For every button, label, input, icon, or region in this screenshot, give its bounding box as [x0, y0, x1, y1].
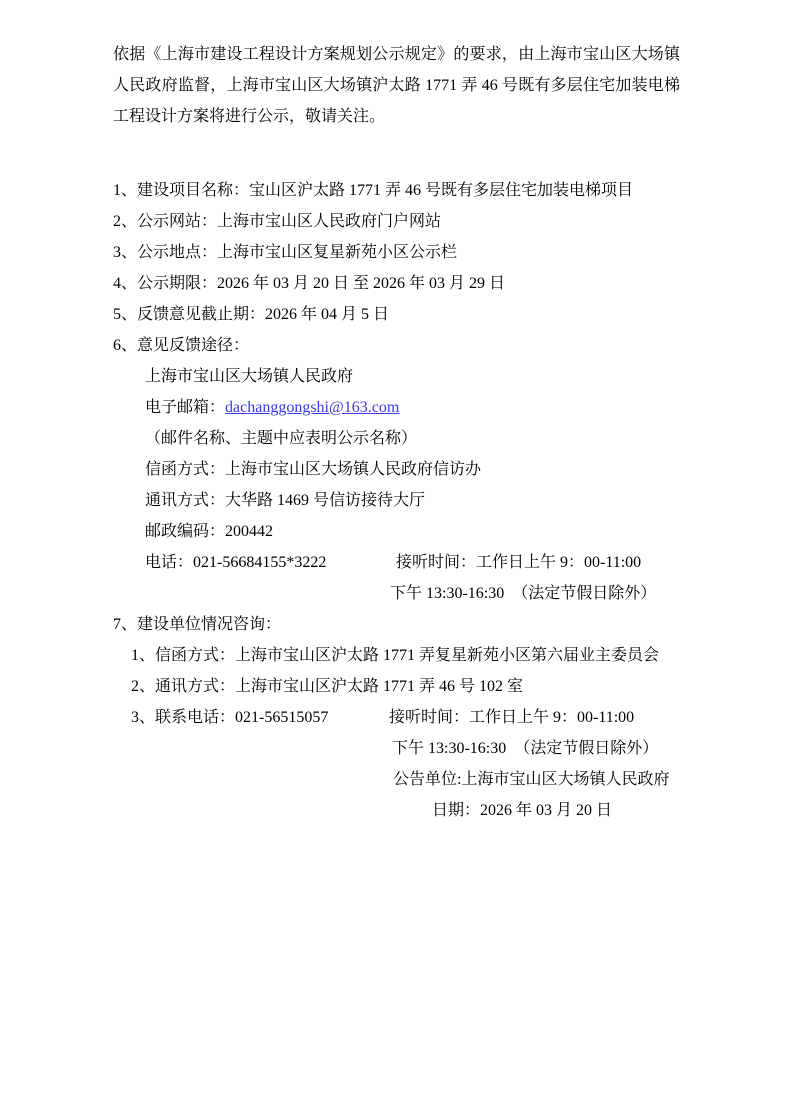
- feedback-email-link[interactable]: dachanggongshi@163.com: [225, 399, 399, 416]
- item-feedback-channels-heading: 6、意见反馈途径：: [113, 330, 680, 361]
- builder-phone-row: 3、联系电话：021-56515057 接听时间：工作日上午 9：00-11:0…: [113, 702, 680, 733]
- document-page: { "colors": { "page_background": "#fffff…: [0, 0, 794, 1093]
- feedback-hours-afternoon: 下午 13:30-16:30 （法定节假日除外）: [113, 578, 680, 609]
- feedback-phone-row: 电话：021-56684155*3222 接听时间：工作日上午 9：00-11:…: [113, 547, 680, 578]
- item-feedback-deadline: 5、反馈意见截止期：2026 年 04 月 5 日: [113, 299, 680, 330]
- feedback-email-label: 电子邮箱：: [145, 399, 225, 416]
- builder-hours-morning: 接听时间：工作日上午 9：00-11:00: [389, 702, 634, 733]
- feedback-letter-method: 信函方式：上海市宝山区大场镇人民政府信访办: [113, 454, 680, 485]
- footer-date: 日期：2026 年 03 月 20 日: [113, 795, 680, 826]
- builder-mail-method: 2、通讯方式：上海市宝山区沪太路 1771 弄 46 号 102 室: [113, 671, 680, 702]
- feedback-phone: 电话：021-56684155*3222: [145, 554, 326, 571]
- paragraph-gap: [113, 132, 680, 175]
- footer-announcer: 公告单位:上海市宝山区大场镇人民政府: [113, 764, 680, 795]
- item-project-name: 1、建设项目名称：宝山区沪太路 1771 弄 46 号既有多层住宅加装电梯项目: [113, 175, 680, 206]
- feedback-hours-morning: 接听时间：工作日上午 9：00-11:00: [396, 547, 641, 578]
- feedback-postcode: 邮政编码：200442: [113, 516, 680, 547]
- feedback-mail-method: 通讯方式：大华路 1469 号信访接待大厅: [113, 485, 680, 516]
- document-content: 依据《上海市建设工程设计方案规划公示规定》的要求，由上海市宝山区大场镇人民政府监…: [113, 39, 680, 826]
- builder-phone: 3、联系电话：021-56515057: [131, 709, 328, 726]
- item-publicity-location: 3、公示地点：上海市宝山区复星新苑小区公示栏: [113, 237, 680, 268]
- builder-letter-method: 1、信函方式：上海市宝山区沪太路 1771 弄复星新苑小区第六届业主委员会: [113, 640, 680, 671]
- feedback-email-note: （邮件名称、主题中应表明公示名称）: [113, 423, 680, 454]
- item-publicity-period: 4、公示期限：2026 年 03 月 20 日 至 2026 年 03 月 29…: [113, 268, 680, 299]
- item-publicity-website: 2、公示网站：上海市宝山区人民政府门户网站: [113, 206, 680, 237]
- intro-paragraph: 依据《上海市建设工程设计方案规划公示规定》的要求，由上海市宝山区大场镇人民政府监…: [113, 39, 680, 132]
- item-builder-inquiry-heading: 7、建设单位情况咨询：: [113, 609, 680, 640]
- feedback-email-line: 电子邮箱：dachanggongshi@163.com: [113, 392, 680, 423]
- feedback-organization: 上海市宝山区大场镇人民政府: [113, 361, 680, 392]
- builder-hours-afternoon: 下午 13:30-16:30 （法定节假日除外）: [113, 733, 680, 764]
